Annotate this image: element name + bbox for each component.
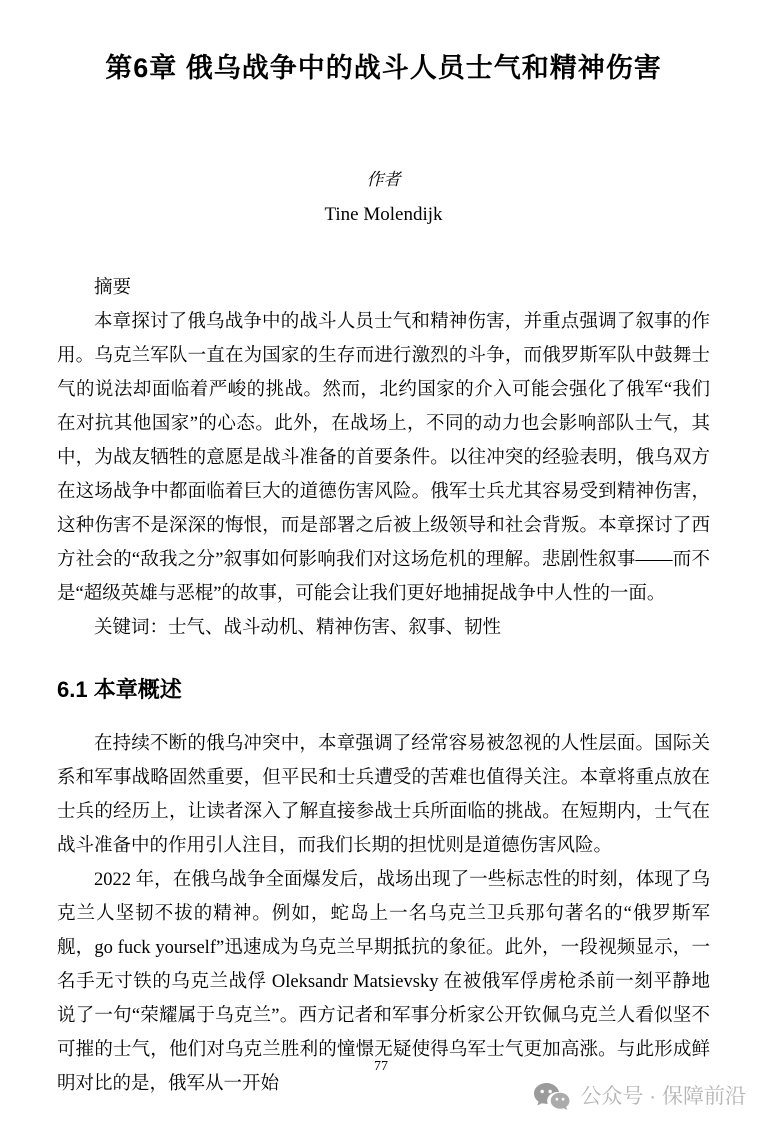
page-content: 第6章 俄乌战争中的战斗人员士气和精神伤害 作者 Tine Molendijk …: [57, 0, 710, 1101]
wechat-icon: [533, 1081, 571, 1113]
abstract-text: 本章探讨了俄乌战争中的战斗人员士气和精神伤害，并重点强调了叙事的作用。乌克兰军队…: [57, 305, 710, 611]
keywords-line: 关键词：士气、战斗动机、精神伤害、叙事、韧性: [57, 611, 710, 645]
abstract-label: 摘要: [57, 271, 710, 305]
section-heading: 6.1 本章概述: [57, 675, 710, 705]
section-paragraph: 在持续不断的俄乌冲突中，本章强调了经常容易被忽视的人性层面。国际关系和军事战略固…: [57, 727, 710, 863]
watermark: 公众号 · 保障前沿: [533, 1081, 746, 1113]
document-page: 第6章 俄乌战争中的战斗人员士气和精神伤害 作者 Tine Molendijk …: [0, 0, 762, 1121]
author-name: Tine Molendijk: [57, 203, 710, 227]
watermark-text: 公众号 · 保障前沿: [580, 1081, 746, 1113]
chapter-title: 第6章 俄乌战争中的战斗人员士气和精神伤害: [57, 50, 710, 87]
page-number: 77: [0, 1057, 762, 1077]
author-label: 作者: [57, 169, 710, 191]
